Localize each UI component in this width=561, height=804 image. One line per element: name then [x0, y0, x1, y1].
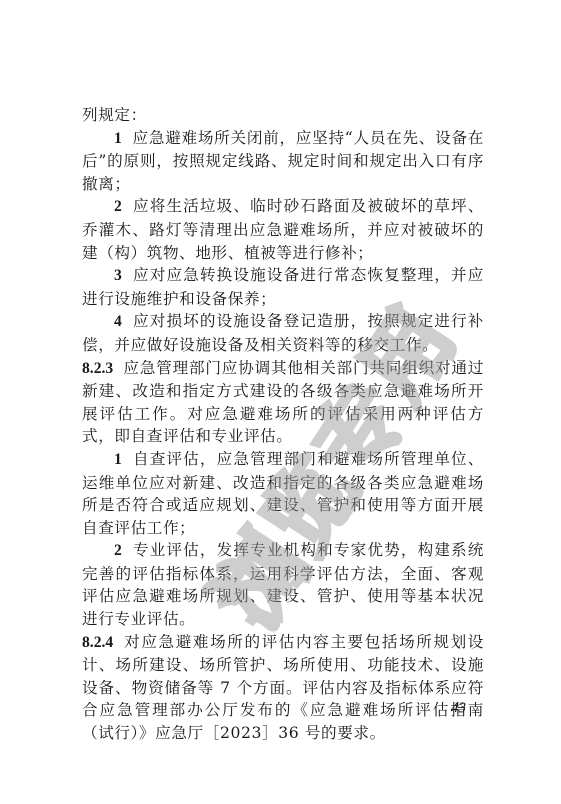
- continuation-line: 列规定：: [82, 104, 484, 127]
- document-page: 列规定： 1应急避难场所关闭前，应坚持“人员在先、设备在后”的原则，按照规定线路…: [0, 0, 561, 804]
- list-item: 3应对应急转换设施设备进行常态恢复整理，并应进行设施维护和设备保养；: [82, 264, 484, 310]
- item-text: 应对应急转换设施设备进行常态恢复整理，并应进行设施维护和设备保养；: [82, 266, 484, 308]
- item-number: 1: [114, 130, 122, 147]
- clause-number: 8.2.4: [82, 634, 113, 651]
- item-number: 2: [114, 542, 122, 559]
- item-text: 自查评估，应急管理部门和避难场所管理单位、运维单位应对新建、改造和指定的各级各类…: [82, 450, 484, 537]
- item-number: 2: [114, 198, 122, 215]
- list-item: 2应将生活垃圾、临时砂石路面及被破坏的草坪、乔灌木、路灯等清理出应急避难场所，并…: [82, 195, 484, 264]
- body-text: 列规定： 1应急避难场所关闭前，应坚持“人员在先、设备在后”的原则，按照规定线路…: [82, 104, 484, 745]
- item-text: 应急避难场所关闭前，应坚持“人员在先、设备在后”的原则，按照规定线路、规定时间和…: [82, 129, 484, 193]
- page-number: 43: [451, 700, 466, 717]
- clause-number: 8.2.3: [82, 360, 113, 377]
- list-item: 4应对损坏的设施设备登记造册，按照规定进行补偿，并应做好设施设备及相关资料等的移…: [82, 310, 484, 356]
- continuation-text: 列规定：: [82, 106, 147, 124]
- clause-text: 对应急避难场所的评估内容主要包括场所规划设计、场所建设、场所管护、场所使用、功能…: [82, 633, 484, 742]
- item-number: 3: [114, 267, 122, 284]
- item-number: 1: [114, 451, 122, 468]
- clause-8-2-3: 8.2.3应急管理部门应协调其他相关部门共同组织对通过新建、改造和指定方式建设的…: [82, 357, 484, 448]
- clause-8-2-4: 8.2.4对应急避难场所的评估内容主要包括场所规划设计、场所建设、场所管护、场所…: [82, 631, 484, 745]
- clause-text: 应急管理部门应协调其他相关部门共同组织对通过新建、改造和指定方式建设的各级各类应…: [82, 359, 484, 446]
- list-item: 2专业评估，发挥专业机构和专家优势，构建系统完善的评估指标体系，运用科学评估方法…: [82, 539, 484, 630]
- list-item: 1应急避难场所关闭前，应坚持“人员在先、设备在后”的原则，按照规定线路、规定时间…: [82, 127, 484, 196]
- item-text: 应对损坏的设施设备登记造册，按照规定进行补偿，并应做好设施设备及相关资料等的移交…: [82, 312, 484, 354]
- list-item: 1自查评估，应急管理部门和避难场所管理单位、运维单位应对新建、改造和指定的各级各…: [82, 448, 484, 539]
- item-text: 专业评估，发挥专业机构和专家优势，构建系统完善的评估指标体系，运用科学评估方法，…: [82, 541, 484, 628]
- item-text: 应将生活垃圾、临时砂石路面及被破坏的草坪、乔灌木、路灯等清理出应急避难场所，并应…: [82, 197, 484, 261]
- item-number: 4: [114, 313, 122, 330]
